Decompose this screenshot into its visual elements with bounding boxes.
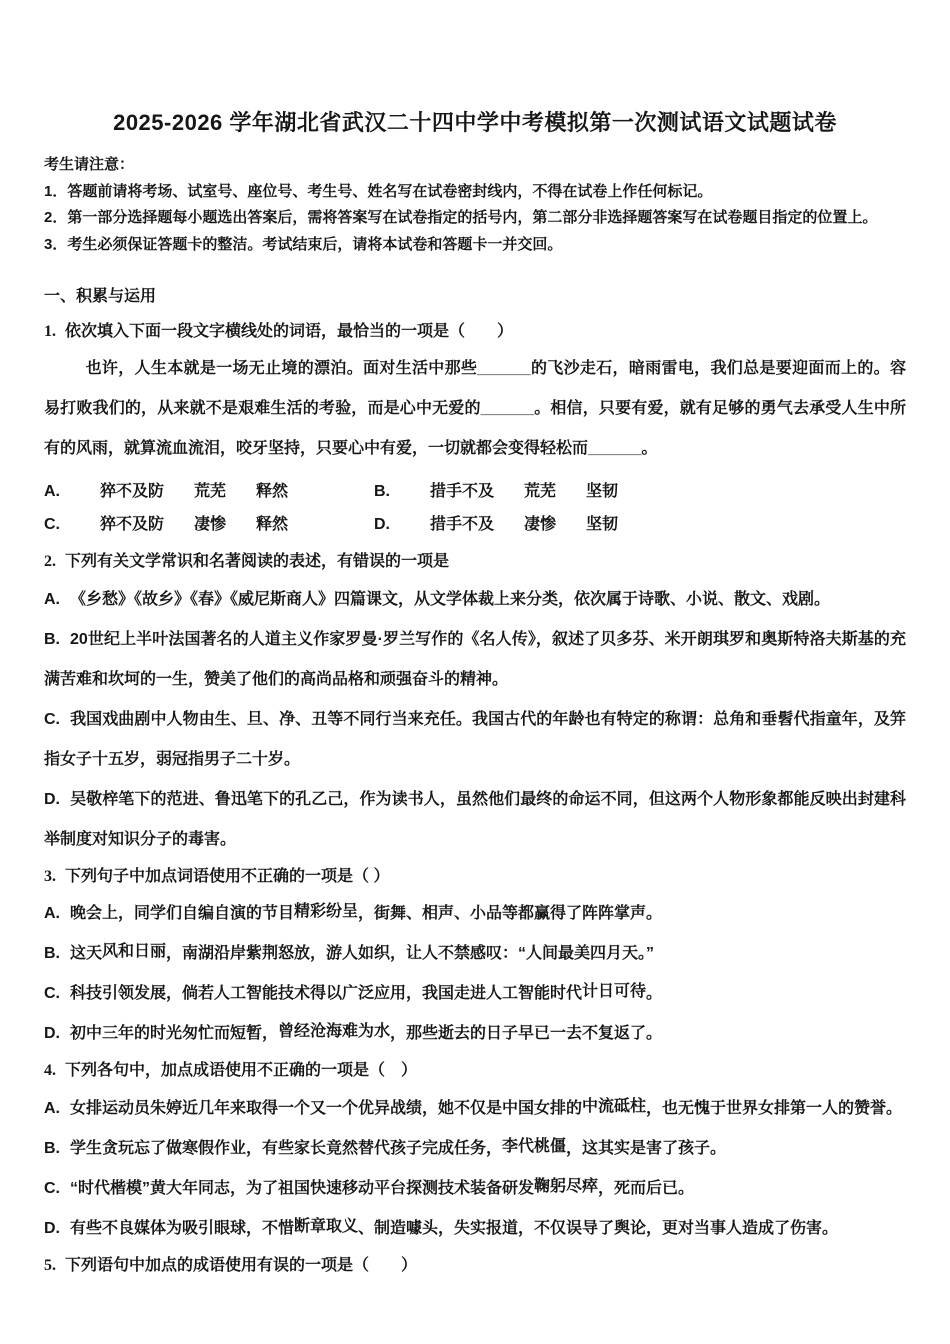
option-label: C.	[44, 711, 60, 728]
emphasized-idiom: 中流砥柱	[582, 1098, 646, 1115]
question-1-passage: 也许，人生本就是一场无止境的漂泊。面对生活中那些______的飞沙走石，暗雨雷电…	[44, 349, 906, 469]
question-1-options: A.猝不及防荒芜释然 B.措手不及荒芜坚韧 C.猝不及防凄惨释然 D.措手不及凄…	[44, 475, 906, 541]
notice-section: 考生请注意： 1．答题前请将考场、试室号、座位号、考生号、姓名写在试卷密封线内，…	[44, 152, 906, 258]
question-4-option-a: A.女排运动员朱婷近几年来取得一个又一个优异战绩，她不仅是中国女排的中流砥柱，也…	[44, 1089, 906, 1129]
option-text: “时代楷模”黄大年同志，为了祖国快速移动平台探测技术装备研发	[70, 1180, 534, 1197]
question-5-stem: 5.下列语句中加点的成语使用有误的一项是（ ）	[44, 1249, 906, 1284]
emphasized-idiom: 风和日丽	[102, 943, 166, 960]
option-word: 凄惨	[194, 516, 226, 533]
spacer	[44, 258, 906, 280]
option-label: B.	[374, 483, 390, 500]
question-4-option-b: B.学生贪玩忘了做寒假作业，有些家长竟然替代孩子完成任务，李代桃僵，这其实是害了…	[44, 1129, 906, 1169]
question-1-stem-text: 依次填入下面一段文字横线处的词语，最恰当的一项是（ ）	[65, 323, 513, 340]
section-1-heading: 一、积累与运用	[44, 280, 906, 315]
question-4-option-d: D.有些不良媒体为吸引眼球，不惜断章取义、制造噱头，失实报道，不仅误导了舆论，更…	[44, 1209, 906, 1249]
option-text: 《乡愁》《故乡》《春》《威尼斯商人》四篇课文，从文学体裁上来分类，依次属于诗歌、…	[70, 591, 830, 608]
option-text: ，南湖沿岸紫荆怒放，游人如织，让人不禁感叹：“人间最美四月天。”	[166, 945, 654, 962]
option-text: 吴敬梓笔下的范进、鲁迅笔下的孔乙己，作为读书人，虽然他们最终的命运不同，但这两个…	[44, 791, 906, 848]
question-1-stem: 1.依次填入下面一段文字横线处的词语，最恰当的一项是（ ）	[44, 315, 906, 350]
question-1-option-d: D.措手不及凄惨坚韧	[374, 508, 906, 541]
option-word: 荒芜	[524, 483, 556, 500]
question-2-stem: 2.下列有关文学常识和名著阅读的表述，有错误的一项是	[44, 545, 906, 580]
option-label: A.	[44, 1100, 60, 1117]
option-label: C.	[44, 1180, 60, 1197]
question-2-option-c: C.我国戏曲剧中人物由生、旦、净、丑等不同行当来充任。我国古代的年龄也有特定的称…	[44, 700, 906, 780]
option-word: 释然	[256, 516, 288, 533]
page-title: 2025-2026 学年湖北省武汉二十四中学中考模拟第一次测试语文试题试卷	[44, 108, 906, 138]
notice-item-3: 3．考生必须保证答题卡的整洁。考试结束后，请将本试卷和答题卡一并交回。	[44, 232, 906, 259]
question-1-option-a: A.猝不及防荒芜释然	[44, 475, 374, 508]
option-word: 措手不及	[430, 516, 494, 533]
option-text: ，死而后已。	[598, 1180, 694, 1197]
question-4-stem-text: 下列各句中，加点成语使用不正确的一项是（ ）	[65, 1062, 417, 1079]
option-word: 荒芜	[194, 483, 226, 500]
option-text: 女排运动员朱婷近几年来取得一个又一个优异战绩，她不仅是中国女排的	[70, 1100, 582, 1117]
option-word: 凄惨	[524, 516, 556, 533]
option-text: 这天	[70, 945, 102, 962]
question-1-number: 1.	[44, 323, 56, 340]
question-3-option-d: D.初中三年的时光匆忙而短暂，曾经沧海难为水，那些逝去的日子早已一去不复返了。	[44, 1014, 906, 1054]
notice-item-1: 1．答题前请将考场、试室号、座位号、考生号、姓名写在试卷密封线内，不得在试卷上作…	[44, 179, 906, 206]
question-1-option-c: C.猝不及防凄惨释然	[44, 508, 374, 541]
question-3-number: 3.	[44, 868, 56, 885]
option-label: A.	[44, 483, 60, 500]
option-text: ，也无愧于世界女排第一人的赞誉。	[646, 1100, 902, 1117]
question-1-option-b: B.措手不及荒芜坚韧	[374, 475, 906, 508]
option-word: 坚韧	[586, 483, 618, 500]
question-2-option-a: A.《乡愁》《故乡》《春》《威尼斯商人》四篇课文，从文学体裁上来分类，依次属于诗…	[44, 580, 906, 620]
option-text: 20世纪上半叶法国著名的人道主义作家罗曼·罗兰写作的《名人传》，叙述了贝多芬、米…	[44, 631, 906, 688]
option-text: 。	[646, 985, 662, 1002]
question-4-stem: 4.下列各句中，加点成语使用不正确的一项是（ ）	[44, 1054, 906, 1089]
option-label: C.	[44, 985, 60, 1002]
question-4-option-c: C.“时代楷模”黄大年同志，为了祖国快速移动平台探测技术装备研发鞠躬尽瘁，死而后…	[44, 1169, 906, 1209]
notice-heading: 考生请注意：	[44, 152, 906, 179]
option-label: B.	[44, 945, 60, 962]
notice-item-2: 2．第一部分选择题每小题选出答案后，需将答案写在试卷指定的括号内，第二部分非选择…	[44, 205, 906, 232]
question-4-number: 4.	[44, 1062, 56, 1079]
option-text: 初中三年的时光匆忙而短暂，	[70, 1025, 278, 1042]
option-label: A.	[44, 905, 60, 922]
emphasized-idiom: 精彩纷呈	[294, 903, 358, 920]
option-text: 晚会上，同学们自编自演的节目	[70, 905, 294, 922]
question-3-stem-text: 下列句子中加点词语使用不正确的一项是（ ）	[65, 868, 389, 885]
question-3-option-b: B.这天风和日丽，南湖沿岸紫荆怒放，游人如织，让人不禁感叹：“人间最美四月天。”	[44, 934, 906, 974]
option-word: 猝不及防	[100, 516, 164, 533]
option-text: 我国戏曲剧中人物由生、旦、净、丑等不同行当来充任。我国古代的年龄也有特定的称谓：…	[44, 711, 906, 768]
option-word: 措手不及	[430, 483, 494, 500]
question-2-number: 2.	[44, 553, 56, 570]
option-text: 科技引领发展，倘若人工智能技术得以广泛应用，我国走进人工智能时代	[70, 985, 582, 1002]
emphasized-idiom: 李代桃僵	[502, 1138, 566, 1155]
option-text: 有些不良媒体为吸引眼球，不惜	[70, 1220, 294, 1237]
option-word: 释然	[256, 483, 288, 500]
option-label: B.	[44, 631, 60, 648]
option-text: ，这其实是害了孩子。	[566, 1140, 726, 1157]
option-label: D.	[44, 1220, 60, 1237]
question-3-option-c: C.科技引领发展，倘若人工智能技术得以广泛应用，我国走进人工智能时代计日可待。	[44, 974, 906, 1014]
option-text: 、制造噱头，失实报道，不仅误导了舆论，更对当事人造成了伤害。	[358, 1220, 838, 1237]
option-word: 坚韧	[586, 516, 618, 533]
exam-paper-page: 2025-2026 学年湖北省武汉二十四中学中考模拟第一次测试语文试题试卷 考生…	[0, 0, 950, 1344]
question-5-stem-text: 下列语句中加点的成语使用有误的一项是（ ）	[65, 1257, 417, 1274]
question-2-option-b: B.20世纪上半叶法国著名的人道主义作家罗曼·罗兰写作的《名人传》，叙述了贝多芬…	[44, 620, 906, 700]
emphasized-idiom: 曾经沧海难为水	[278, 1023, 390, 1040]
option-label: D.	[44, 1025, 60, 1042]
question-2-stem-text: 下列有关文学常识和名著阅读的表述，有错误的一项是	[65, 553, 449, 570]
question-5-number: 5.	[44, 1257, 56, 1274]
question-3-option-a: A.晚会上，同学们自编自演的节目精彩纷呈，街舞、相声、小品等都赢得了阵阵掌声。	[44, 894, 906, 934]
question-2-option-d: D.吴敬梓笔下的范进、鲁迅笔下的孔乙己，作为读书人，虽然他们最终的命运不同，但这…	[44, 780, 906, 860]
option-label: D.	[374, 516, 390, 533]
option-label: D.	[44, 791, 60, 808]
option-label: C.	[44, 516, 60, 533]
option-word: 猝不及防	[100, 483, 164, 500]
option-text: ，街舞、相声、小品等都赢得了阵阵掌声。	[358, 905, 662, 922]
question-3-stem: 3.下列句子中加点词语使用不正确的一项是（ ）	[44, 860, 906, 895]
option-label: A.	[44, 591, 60, 608]
option-label: B.	[44, 1140, 60, 1157]
option-text: ，那些逝去的日子早已一去不复返了。	[390, 1025, 662, 1042]
emphasized-idiom: 鞠躬尽瘁	[534, 1178, 598, 1195]
option-text: 学生贪玩忘了做寒假作业，有些家长竟然替代孩子完成任务，	[70, 1140, 502, 1157]
emphasized-idiom: 断章取义	[294, 1218, 358, 1235]
emphasized-idiom: 计日可待	[582, 983, 646, 1000]
